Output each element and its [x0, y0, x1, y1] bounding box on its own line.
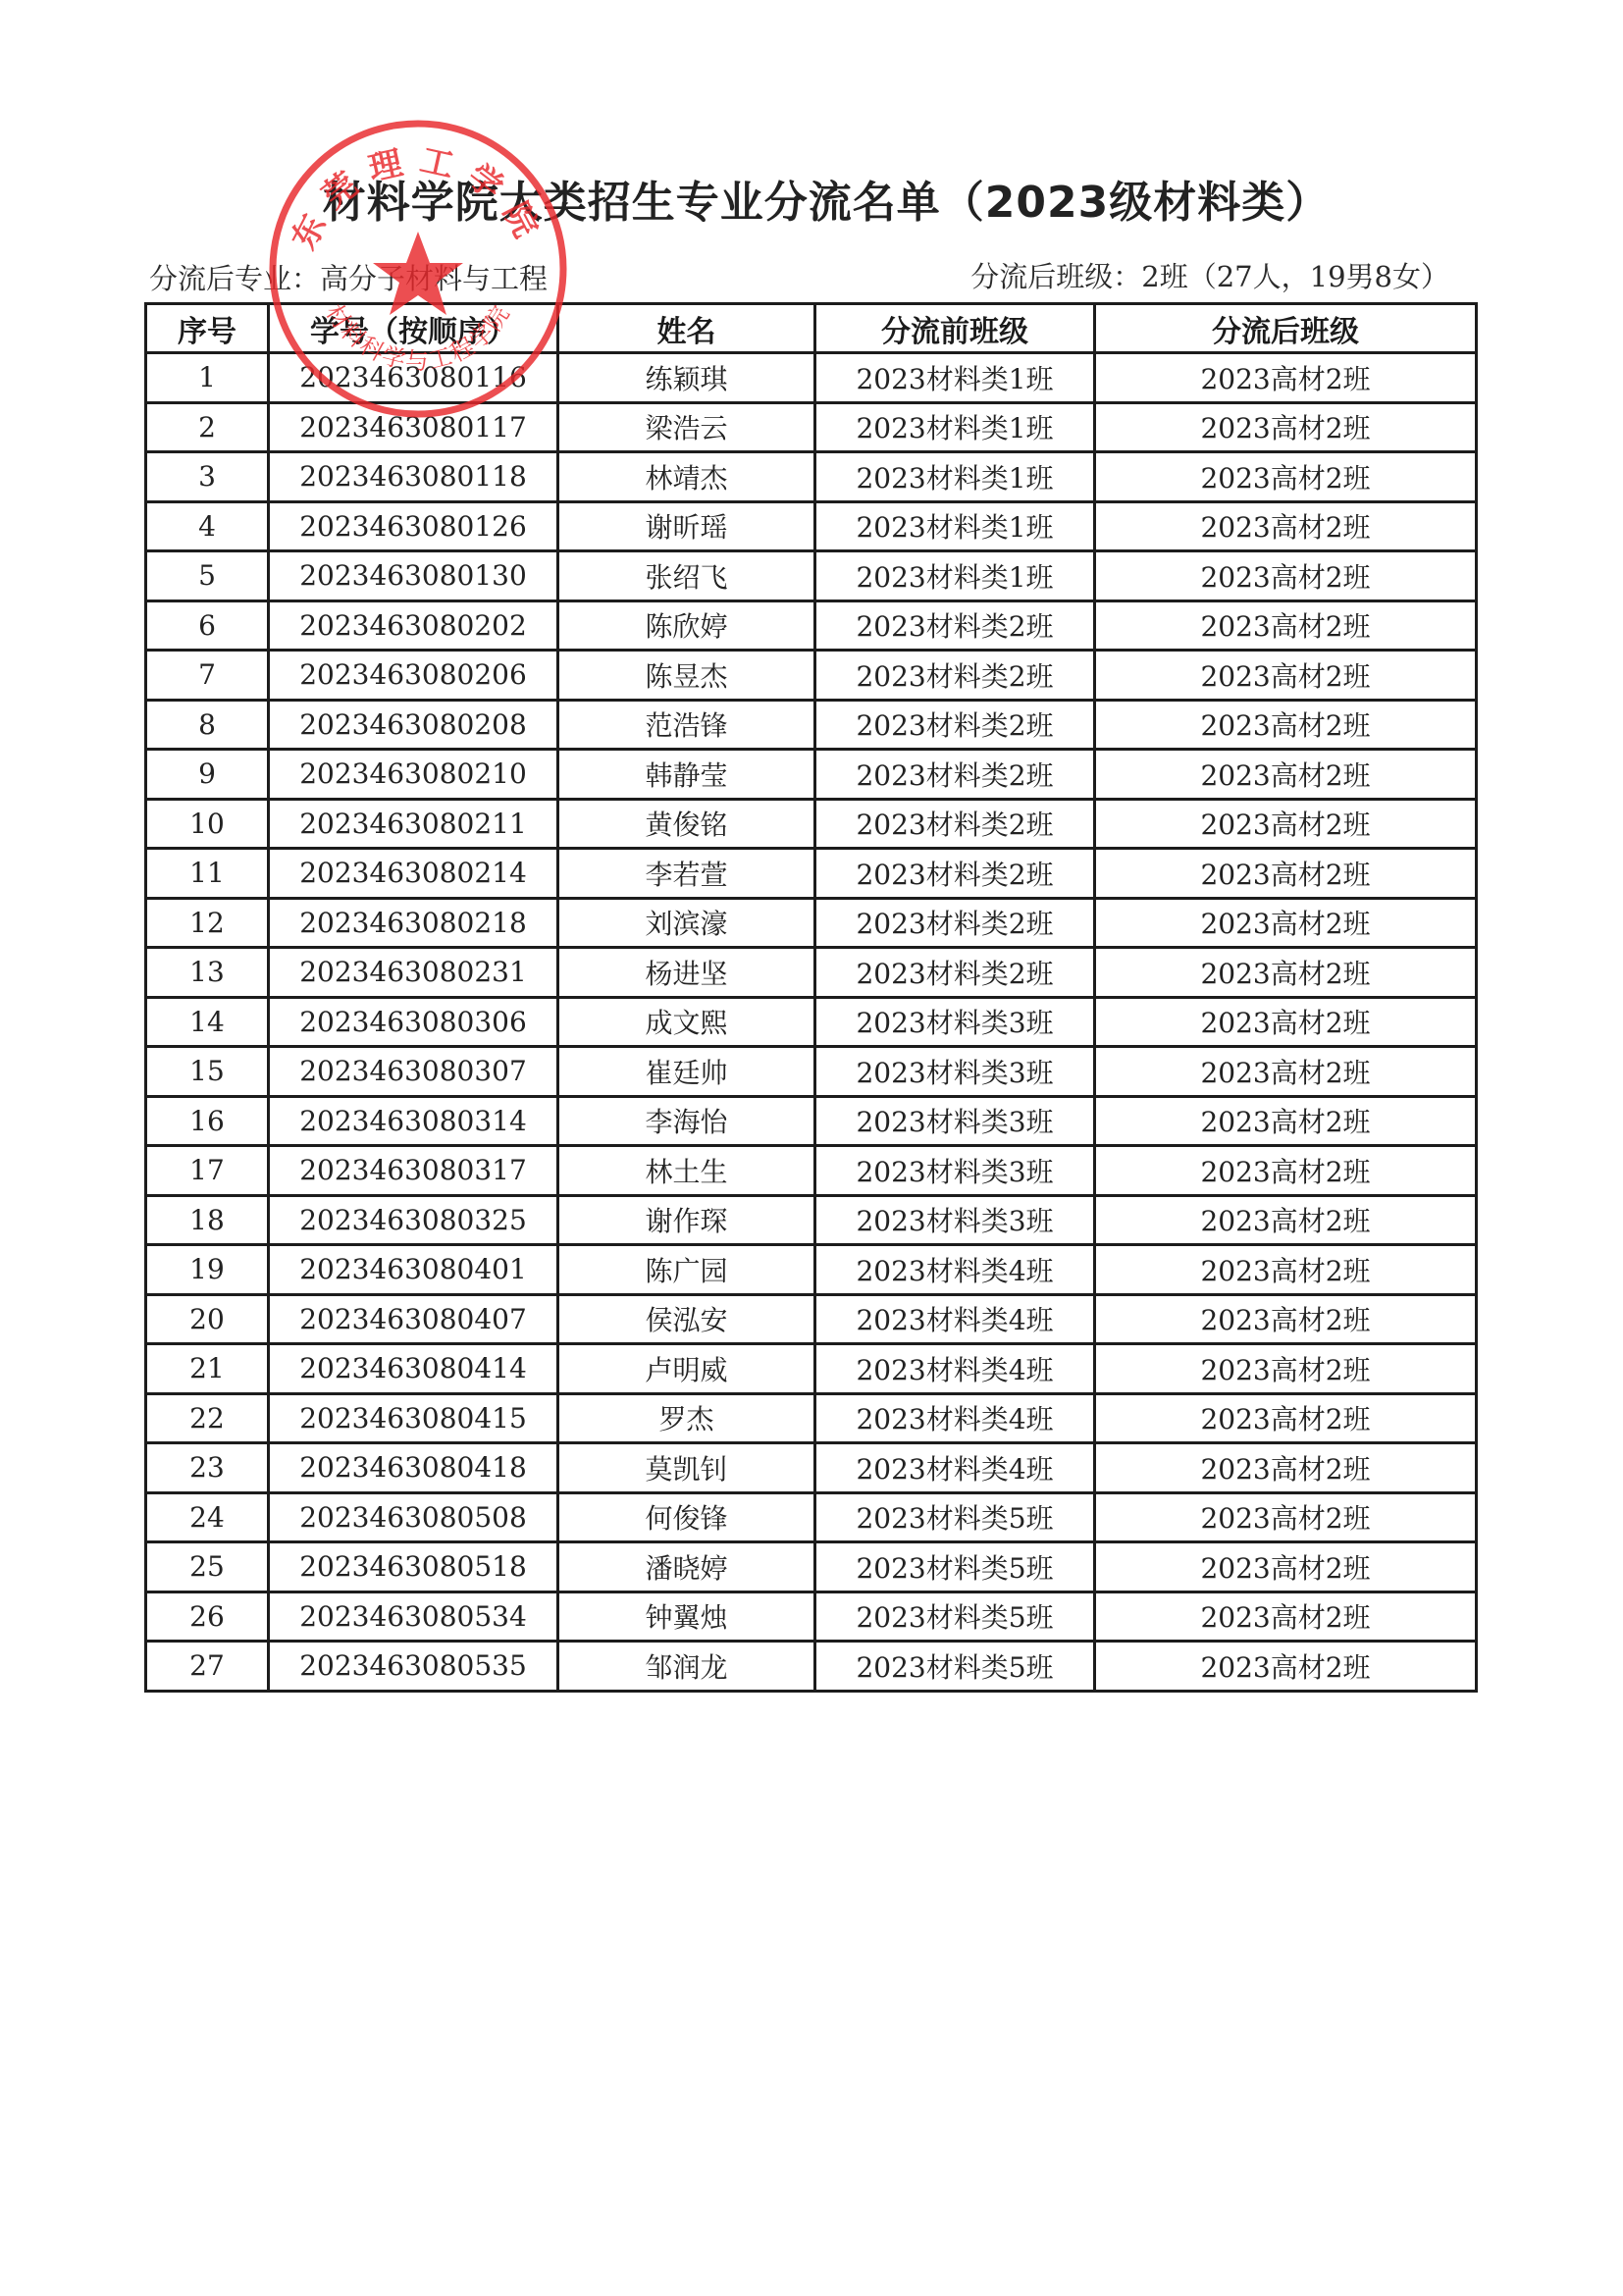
cell-index: 18 — [146, 1195, 269, 1245]
cell-student-id: 2023463080202 — [269, 600, 558, 651]
cell-class-before: 2023材料类4班 — [815, 1245, 1095, 1295]
cell-index: 19 — [146, 1245, 269, 1295]
cell-index: 4 — [146, 501, 269, 551]
cell-class-after: 2023高材2班 — [1095, 1245, 1477, 1295]
cell-class-before: 2023材料类2班 — [815, 948, 1095, 998]
cell-student-id: 2023463080418 — [269, 1443, 558, 1493]
roster-table: 序号 学号（按顺序） 姓名 分流前班级 分流后班级 12023463080116… — [144, 302, 1478, 1693]
cell-name: 李若萱 — [558, 849, 815, 899]
table-header-row: 序号 学号（按顺序） 姓名 分流前班级 分流后班级 — [146, 304, 1477, 353]
table-row: 152023463080307崔廷帅2023材料类3班2023高材2班 — [146, 1047, 1477, 1097]
cell-index: 2 — [146, 402, 269, 452]
table-row: 212023463080414卢明威2023材料类4班2023高材2班 — [146, 1344, 1477, 1394]
cell-class-after: 2023高材2班 — [1095, 1492, 1477, 1542]
cell-class-after: 2023高材2班 — [1095, 1047, 1477, 1097]
cell-student-id: 2023463080314 — [269, 1096, 558, 1146]
cell-class-before: 2023材料类2班 — [815, 799, 1095, 849]
cell-name: 邹润龙 — [558, 1642, 815, 1692]
cell-class-before: 2023材料类2班 — [815, 898, 1095, 948]
cell-index: 17 — [146, 1146, 269, 1196]
cell-student-id: 2023463080126 — [269, 501, 558, 551]
cell-class-before: 2023材料类3班 — [815, 1195, 1095, 1245]
cell-index: 5 — [146, 551, 269, 601]
cell-index: 13 — [146, 948, 269, 998]
cell-name: 钟翼烛 — [558, 1592, 815, 1642]
cell-student-id: 2023463080325 — [269, 1195, 558, 1245]
cell-name: 陈欣婷 — [558, 600, 815, 651]
cell-index: 21 — [146, 1344, 269, 1394]
cell-index: 8 — [146, 700, 269, 750]
cell-name: 潘晓婷 — [558, 1542, 815, 1592]
cell-student-id: 2023463080534 — [269, 1592, 558, 1642]
cell-class-before: 2023材料类2班 — [815, 651, 1095, 701]
table-row: 82023463080208范浩锋2023材料类2班2023高材2班 — [146, 700, 1477, 750]
table-row: 12023463080116练颖琪2023材料类1班2023高材2班 — [146, 353, 1477, 403]
cell-student-id: 2023463080130 — [269, 551, 558, 601]
cell-index: 15 — [146, 1047, 269, 1097]
cell-name: 谢昕瑶 — [558, 501, 815, 551]
cell-class-before: 2023材料类2班 — [815, 700, 1095, 750]
cell-class-after: 2023高材2班 — [1095, 1146, 1477, 1196]
cell-student-id: 2023463080210 — [269, 750, 558, 800]
header-index: 序号 — [146, 304, 269, 353]
document-title: 材料学院大类招生专业分流名单（2023级材料类） — [0, 167, 1623, 230]
cell-index: 24 — [146, 1492, 269, 1542]
cell-class-before: 2023材料类1班 — [815, 501, 1095, 551]
table-row: 182023463080325谢作琛2023材料类3班2023高材2班 — [146, 1195, 1477, 1245]
cell-index: 25 — [146, 1542, 269, 1592]
cell-student-id: 2023463080307 — [269, 1047, 558, 1097]
cell-class-before: 2023材料类1班 — [815, 452, 1095, 502]
cell-class-before: 2023材料类3班 — [815, 1096, 1095, 1146]
table-row: 222023463080415罗杰2023材料类4班2023高材2班 — [146, 1393, 1477, 1443]
header-class-after: 分流后班级 — [1095, 304, 1477, 353]
table-row: 162023463080314李海怡2023材料类3班2023高材2班 — [146, 1096, 1477, 1146]
cell-student-id: 2023463080508 — [269, 1492, 558, 1542]
cell-class-before: 2023材料类4班 — [815, 1443, 1095, 1493]
table-row: 272023463080535邹润龙2023材料类5班2023高材2班 — [146, 1642, 1477, 1692]
cell-student-id: 2023463080317 — [269, 1146, 558, 1196]
table-row: 232023463080418莫凯钊2023材料类4班2023高材2班 — [146, 1443, 1477, 1493]
cell-class-after: 2023高材2班 — [1095, 1542, 1477, 1592]
cell-name: 黄俊铭 — [558, 799, 815, 849]
cell-class-after: 2023高材2班 — [1095, 353, 1477, 403]
cell-class-after: 2023高材2班 — [1095, 452, 1477, 502]
cell-class-after: 2023高材2班 — [1095, 1592, 1477, 1642]
cell-student-id: 2023463080518 — [269, 1542, 558, 1592]
cell-index: 3 — [146, 452, 269, 502]
cell-name: 崔廷帅 — [558, 1047, 815, 1097]
cell-class-before: 2023材料类5班 — [815, 1592, 1095, 1642]
cell-name: 林土生 — [558, 1146, 815, 1196]
table-row: 172023463080317林土生2023材料类3班2023高材2班 — [146, 1146, 1477, 1196]
cell-name: 陈广园 — [558, 1245, 815, 1295]
cell-name: 范浩锋 — [558, 700, 815, 750]
cell-class-after: 2023高材2班 — [1095, 501, 1477, 551]
cell-class-after: 2023高材2班 — [1095, 997, 1477, 1047]
cell-class-after: 2023高材2班 — [1095, 402, 1477, 452]
table-row: 202023463080407侯泓安2023材料类4班2023高材2班 — [146, 1294, 1477, 1344]
class-line: 分流后班级：2班（27人，19男8女） — [970, 255, 1449, 295]
cell-index: 23 — [146, 1443, 269, 1493]
class-label: 分流后班级： — [970, 260, 1141, 293]
cell-class-after: 2023高材2班 — [1095, 1096, 1477, 1146]
cell-student-id: 2023463080206 — [269, 651, 558, 701]
table-row: 42023463080126谢昕瑶2023材料类1班2023高材2班 — [146, 501, 1477, 551]
cell-class-before: 2023材料类2班 — [815, 849, 1095, 899]
cell-student-id: 2023463080231 — [269, 948, 558, 998]
cell-index: 27 — [146, 1642, 269, 1692]
header-name: 姓名 — [558, 304, 815, 353]
cell-name: 练颖琪 — [558, 353, 815, 403]
cell-name: 何俊锋 — [558, 1492, 815, 1542]
cell-class-before: 2023材料类3班 — [815, 1047, 1095, 1097]
cell-class-after: 2023高材2班 — [1095, 551, 1477, 601]
cell-class-before: 2023材料类4班 — [815, 1393, 1095, 1443]
cell-student-id: 2023463080414 — [269, 1344, 558, 1394]
cell-student-id: 2023463080415 — [269, 1393, 558, 1443]
table-row: 102023463080211黄俊铭2023材料类2班2023高材2班 — [146, 799, 1477, 849]
class-value: 2班（27人，19男8女） — [1141, 260, 1449, 293]
cell-class-before: 2023材料类4班 — [815, 1344, 1095, 1394]
cell-student-id: 2023463080118 — [269, 452, 558, 502]
cell-student-id: 2023463080208 — [269, 700, 558, 750]
cell-class-before: 2023材料类5班 — [815, 1642, 1095, 1692]
cell-index: 7 — [146, 651, 269, 701]
table-row: 62023463080202陈欣婷2023材料类2班2023高材2班 — [146, 600, 1477, 651]
cell-name: 莫凯钊 — [558, 1443, 815, 1493]
cell-student-id: 2023463080535 — [269, 1642, 558, 1692]
cell-class-after: 2023高材2班 — [1095, 600, 1477, 651]
cell-student-id: 2023463080401 — [269, 1245, 558, 1295]
cell-index: 16 — [146, 1096, 269, 1146]
cell-name: 谢作琛 — [558, 1195, 815, 1245]
table-row: 52023463080130张绍飞2023材料类1班2023高材2班 — [146, 551, 1477, 601]
header-student-id: 学号（按顺序） — [269, 304, 558, 353]
table-row: 72023463080206陈昱杰2023材料类2班2023高材2班 — [146, 651, 1477, 701]
cell-student-id: 2023463080116 — [269, 353, 558, 403]
cell-class-after: 2023高材2班 — [1095, 651, 1477, 701]
cell-index: 14 — [146, 997, 269, 1047]
table-row: 132023463080231杨进坚2023材料类2班2023高材2班 — [146, 948, 1477, 998]
cell-index: 11 — [146, 849, 269, 899]
major-label: 分流后专业： — [149, 262, 320, 295]
cell-class-before: 2023材料类5班 — [815, 1492, 1095, 1542]
cell-name: 陈昱杰 — [558, 651, 815, 701]
cell-name: 卢明威 — [558, 1344, 815, 1394]
cell-index: 20 — [146, 1294, 269, 1344]
cell-name: 张绍飞 — [558, 551, 815, 601]
cell-index: 10 — [146, 799, 269, 849]
cell-class-before: 2023材料类2班 — [815, 600, 1095, 651]
cell-name: 韩静莹 — [558, 750, 815, 800]
cell-name: 林靖杰 — [558, 452, 815, 502]
cell-student-id: 2023463080218 — [269, 898, 558, 948]
cell-name: 侯泓安 — [558, 1294, 815, 1344]
cell-student-id: 2023463080211 — [269, 799, 558, 849]
cell-name: 成文熙 — [558, 997, 815, 1047]
table-row: 192023463080401陈广园2023材料类4班2023高材2班 — [146, 1245, 1477, 1295]
header-class-before: 分流前班级 — [815, 304, 1095, 353]
cell-name: 罗杰 — [558, 1393, 815, 1443]
cell-index: 12 — [146, 898, 269, 948]
table-row: 252023463080518潘晓婷2023材料类5班2023高材2班 — [146, 1542, 1477, 1592]
cell-class-before: 2023材料类5班 — [815, 1542, 1095, 1592]
cell-index: 9 — [146, 750, 269, 800]
cell-class-after: 2023高材2班 — [1095, 799, 1477, 849]
cell-class-after: 2023高材2班 — [1095, 849, 1477, 899]
cell-class-before: 2023材料类3班 — [815, 997, 1095, 1047]
cell-name: 杨进坚 — [558, 948, 815, 998]
cell-class-after: 2023高材2班 — [1095, 948, 1477, 998]
cell-class-after: 2023高材2班 — [1095, 1393, 1477, 1443]
cell-index: 6 — [146, 600, 269, 651]
cell-name: 刘滨濠 — [558, 898, 815, 948]
cell-class-after: 2023高材2班 — [1095, 1344, 1477, 1394]
cell-class-after: 2023高材2班 — [1095, 700, 1477, 750]
cell-class-before: 2023材料类1班 — [815, 551, 1095, 601]
cell-class-before: 2023材料类4班 — [815, 1294, 1095, 1344]
cell-class-before: 2023材料类2班 — [815, 750, 1095, 800]
cell-class-before: 2023材料类1班 — [815, 353, 1095, 403]
table-row: 122023463080218刘滨濠2023材料类2班2023高材2班 — [146, 898, 1477, 948]
table-row: 242023463080508何俊锋2023材料类5班2023高材2班 — [146, 1492, 1477, 1542]
table-body: 12023463080116练颖琪2023材料类1班2023高材2班220234… — [146, 353, 1477, 1692]
table-row: 262023463080534钟翼烛2023材料类5班2023高材2班 — [146, 1592, 1477, 1642]
cell-class-after: 2023高材2班 — [1095, 898, 1477, 948]
table-row: 32023463080118林靖杰2023材料类1班2023高材2班 — [146, 452, 1477, 502]
cell-class-after: 2023高材2班 — [1095, 750, 1477, 800]
cell-student-id: 2023463080407 — [269, 1294, 558, 1344]
table-row: 22023463080117梁浩云2023材料类1班2023高材2班 — [146, 402, 1477, 452]
cell-student-id: 2023463080117 — [269, 402, 558, 452]
cell-class-after: 2023高材2班 — [1095, 1443, 1477, 1493]
cell-class-after: 2023高材2班 — [1095, 1642, 1477, 1692]
major-line: 分流后专业：高分子材料与工程 — [149, 257, 548, 297]
table-row: 92023463080210韩静莹2023材料类2班2023高材2班 — [146, 750, 1477, 800]
cell-name: 李海怡 — [558, 1096, 815, 1146]
cell-class-before: 2023材料类1班 — [815, 402, 1095, 452]
cell-index: 26 — [146, 1592, 269, 1642]
major-value: 高分子材料与工程 — [320, 262, 548, 295]
cell-class-before: 2023材料类3班 — [815, 1146, 1095, 1196]
cell-index: 22 — [146, 1393, 269, 1443]
cell-class-after: 2023高材2班 — [1095, 1294, 1477, 1344]
table-row: 112023463080214李若萱2023材料类2班2023高材2班 — [146, 849, 1477, 899]
cell-student-id: 2023463080306 — [269, 997, 558, 1047]
cell-name: 梁浩云 — [558, 402, 815, 452]
table-row: 142023463080306成文熙2023材料类3班2023高材2班 — [146, 997, 1477, 1047]
cell-index: 1 — [146, 353, 269, 403]
cell-class-after: 2023高材2班 — [1095, 1195, 1477, 1245]
cell-student-id: 2023463080214 — [269, 849, 558, 899]
